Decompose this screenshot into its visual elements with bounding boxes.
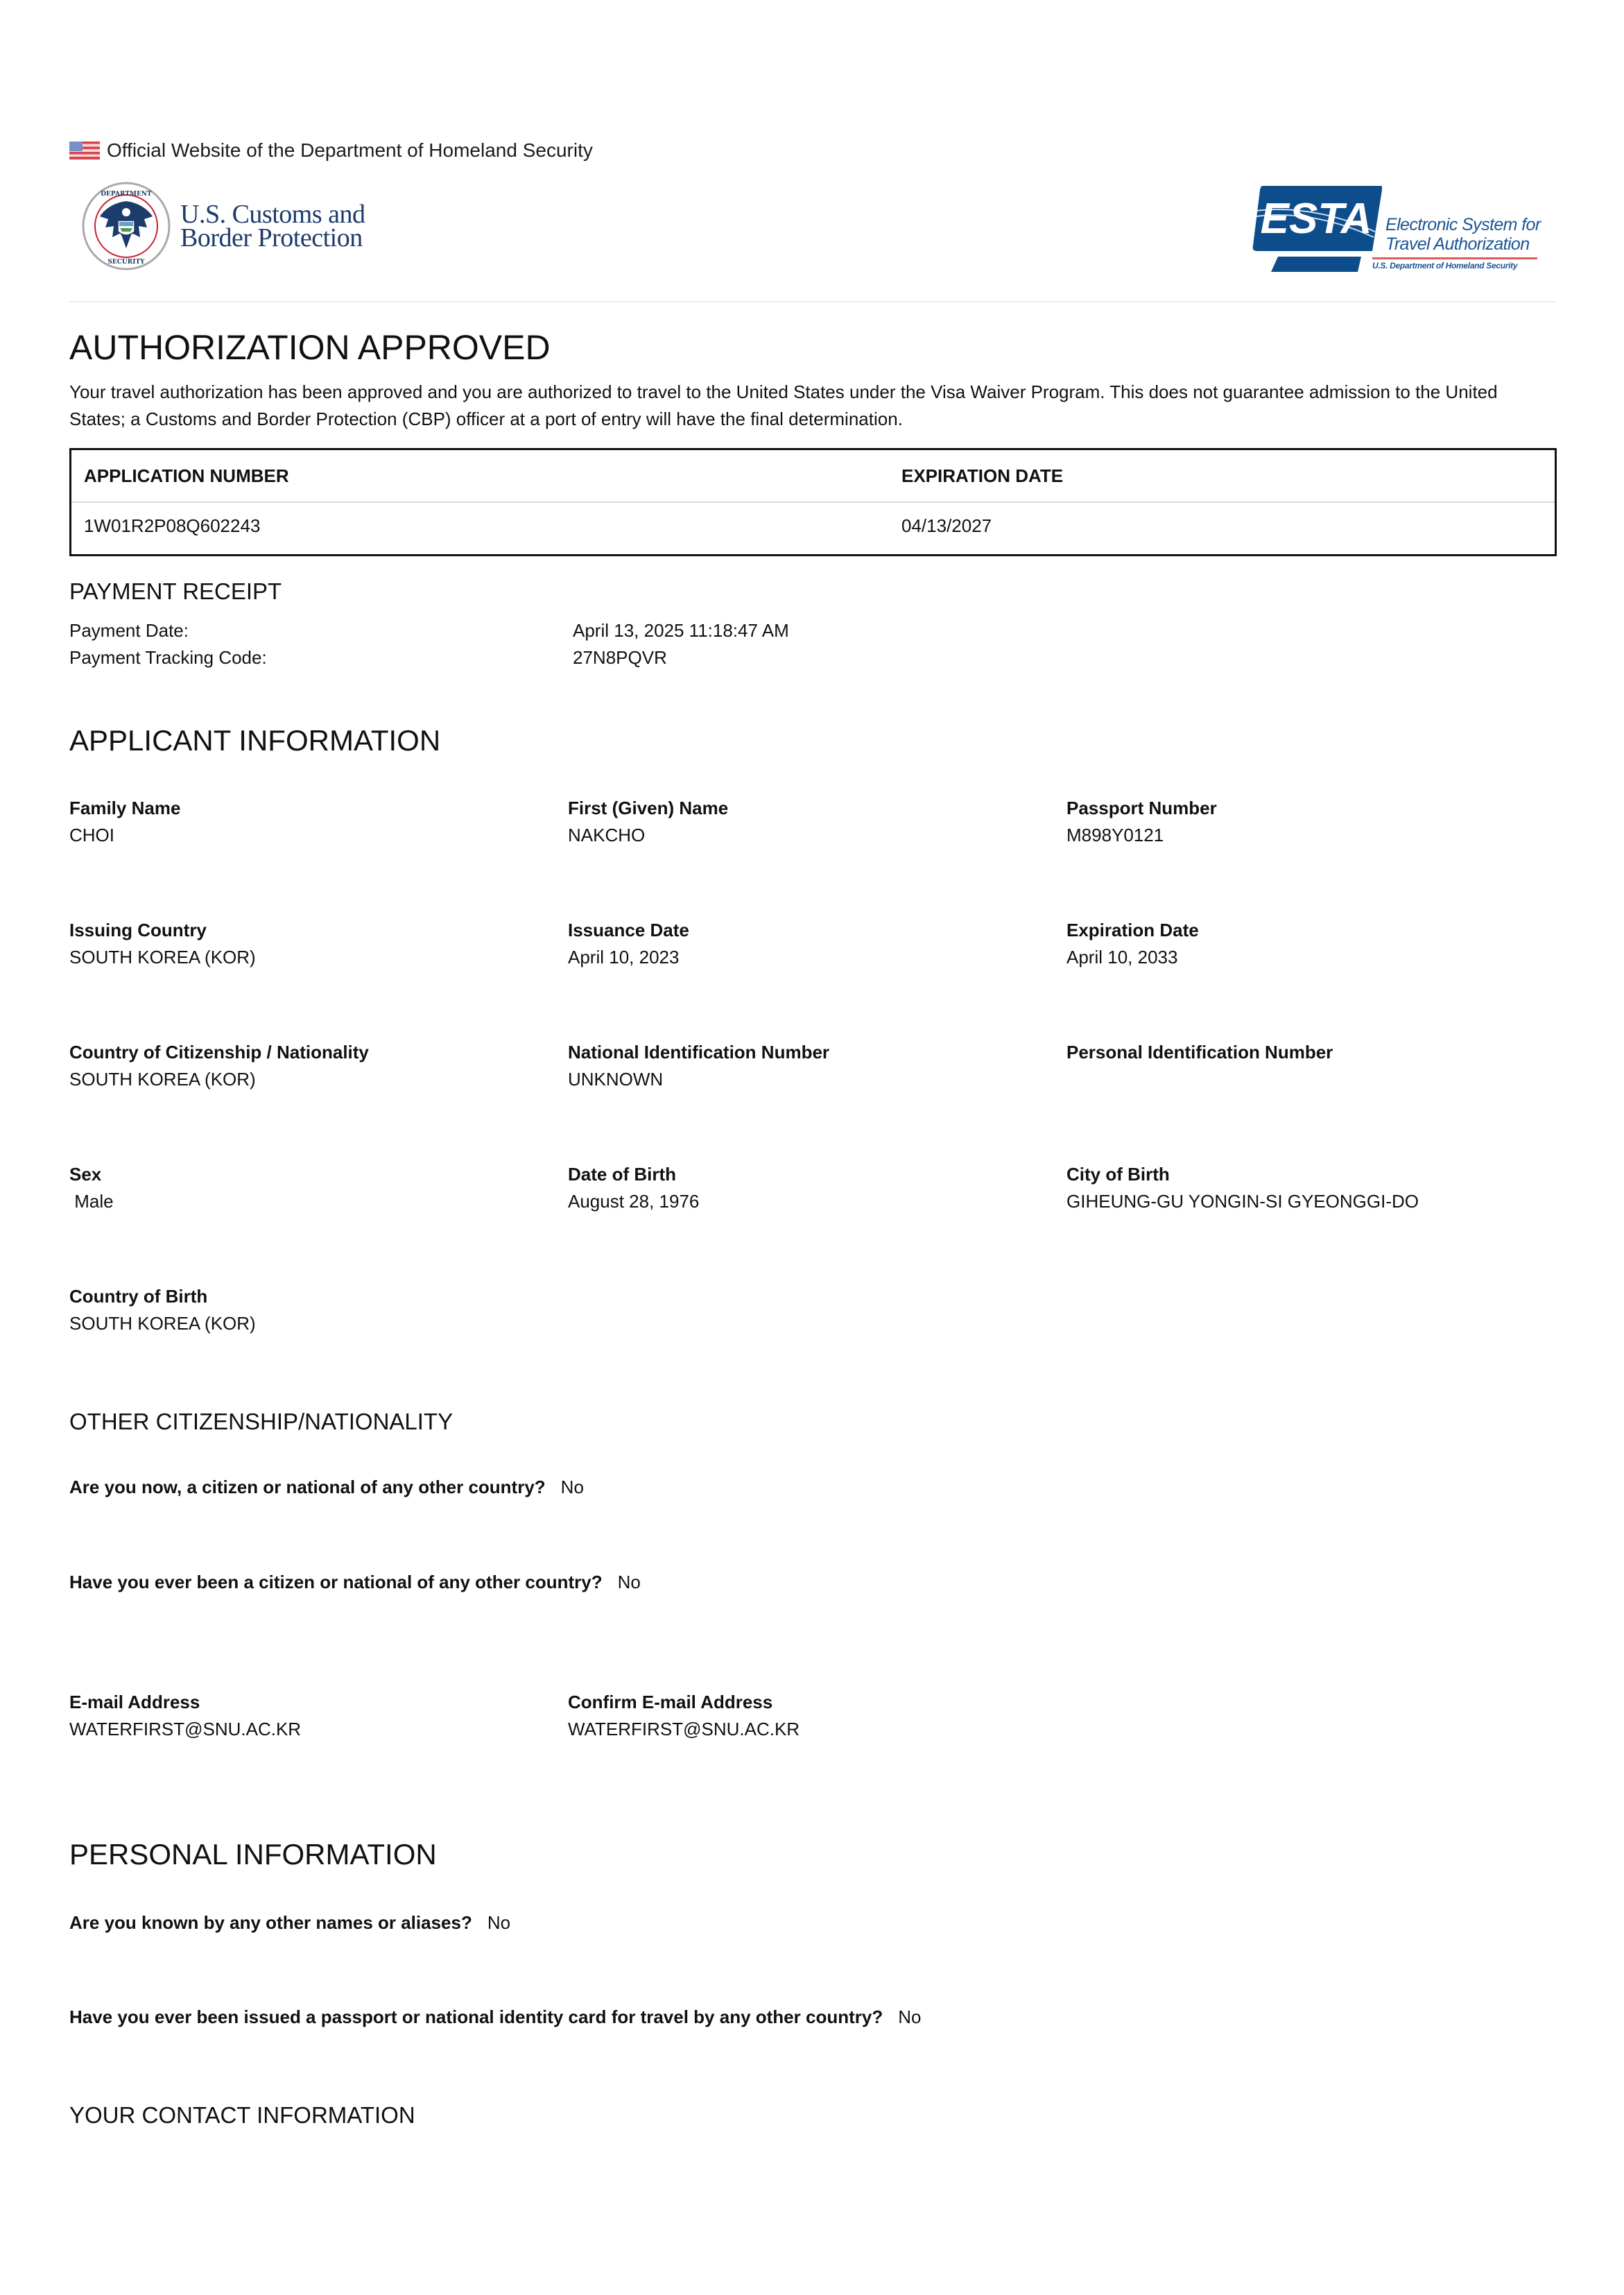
answer-value: No <box>618 1572 641 1592</box>
sex-value: Male <box>69 1191 114 1212</box>
current-other-citizenship-question: Are you now, a citizen or national of an… <box>69 1477 584 1498</box>
us-flag-icon <box>69 141 100 160</box>
country-of-birth-value: SOUTH KOREA (KOR) <box>69 1313 256 1334</box>
svg-text:DEPARTMENT: DEPARTMENT <box>101 191 152 198</box>
personal-information-heading: PERSONAL INFORMATION <box>69 1838 437 1871</box>
answer-value: No <box>561 1477 584 1497</box>
family-name-value: CHOI <box>69 825 114 846</box>
national-id-label: National Identification Number <box>568 1042 829 1063</box>
payment-tracking-label: Payment Tracking Code: <box>69 647 267 669</box>
email-value: WATERFIRST@SNU.AC.KR <box>69 1719 301 1740</box>
answer-value: No <box>898 2006 921 2027</box>
approval-message: Your travel authorization has been appro… <box>69 379 1557 433</box>
question-text: Are you known by any other names or alia… <box>69 1912 472 1933</box>
esta-divider <box>1372 257 1537 259</box>
citizenship-label: Country of Citizenship / Nationality <box>69 1042 369 1063</box>
aliases-question: Are you known by any other names or alia… <box>69 1912 510 1934</box>
national-id-value: UNKNOWN <box>568 1069 663 1090</box>
confirm-email-label: Confirm E-mail Address <box>568 1692 772 1713</box>
sex-label: Sex <box>69 1164 101 1185</box>
passport-number-label: Passport Number <box>1066 798 1217 819</box>
issuance-date-value: April 10, 2023 <box>568 947 679 968</box>
answer-value: No <box>487 1912 510 1933</box>
payment-receipt-heading: PAYMENT RECEIPT <box>69 578 282 605</box>
payment-date-label: Payment Date: <box>69 620 189 642</box>
passport-expiration-label: Expiration Date <box>1066 920 1199 941</box>
question-text: Are you now, a citizen or national of an… <box>69 1477 546 1497</box>
country-of-birth-label: Country of Birth <box>69 1286 207 1307</box>
dhs-seal-icon: DEPARTMENT SECURITY <box>82 182 171 270</box>
question-text: Have you ever been a citizen or national… <box>69 1572 603 1592</box>
city-of-birth-value: GIHEUNG-GU YONGIN-SI GYEONGGI-DO <box>1066 1191 1419 1212</box>
expiration-date-header: EXPIRATION DATE <box>901 465 1063 487</box>
question-text: Have you ever been issued a passport or … <box>69 2006 883 2027</box>
esta-line1: Electronic System for <box>1385 215 1541 234</box>
application-number-value: 1W01R2P08Q602243 <box>84 515 260 537</box>
cbp-logo[interactable]: DEPARTMENT SECURITY U.S. Customs and Bor… <box>82 182 365 270</box>
expiration-date-value: 04/13/2027 <box>901 515 992 537</box>
application-number-header: APPLICATION NUMBER <box>84 465 289 487</box>
payment-tracking-value: 27N8PQVR <box>573 647 667 669</box>
city-of-birth-label: City of Birth <box>1066 1164 1170 1185</box>
svg-text:ESTA: ESTA <box>1261 195 1372 243</box>
cbp-name: U.S. Customs and Border Protection <box>180 203 365 250</box>
date-of-birth-value: August 28, 1976 <box>568 1191 699 1212</box>
contact-information-heading: YOUR CONTACT INFORMATION <box>69 2102 415 2129</box>
date-of-birth-label: Date of Birth <box>568 1164 676 1185</box>
esta-line2: Travel Authorization <box>1385 234 1541 254</box>
cbp-name-line1: U.S. Customs and <box>180 203 365 226</box>
personal-id-label: Personal Identification Number <box>1066 1042 1333 1063</box>
confirm-email-value: WATERFIRST@SNU.AC.KR <box>568 1719 800 1740</box>
passport-number-value: M898Y0121 <box>1066 825 1164 846</box>
given-name-value: NAKCHO <box>568 825 645 846</box>
esta-mark-icon: ESTA <box>1250 183 1382 279</box>
table-row-divider <box>71 501 1555 503</box>
authorization-table: APPLICATION NUMBER EXPIRATION DATE 1W01R… <box>69 448 1557 556</box>
other-passport-question: Have you ever been issued a passport or … <box>69 2006 921 2028</box>
email-label: E-mail Address <box>69 1692 200 1713</box>
issuance-date-label: Issuance Date <box>568 920 689 941</box>
esta-dept: U.S. Department of Homeland Security <box>1372 261 1517 270</box>
family-name-label: Family Name <box>69 798 180 819</box>
header-divider <box>69 301 1557 302</box>
given-name-label: First (Given) Name <box>568 798 728 819</box>
esta-full-name: Electronic System for Travel Authorizati… <box>1385 215 1541 254</box>
citizenship-value: SOUTH KOREA (KOR) <box>69 1069 256 1090</box>
passport-expiration-value: April 10, 2033 <box>1066 947 1177 968</box>
issuing-country-label: Issuing Country <box>69 920 207 941</box>
gov-banner: Official Website of the Department of Ho… <box>69 139 593 162</box>
svg-text:SECURITY: SECURITY <box>107 259 145 266</box>
gov-banner-text: Official Website of the Department of Ho… <box>107 139 593 162</box>
past-other-citizenship-question: Have you ever been a citizen or national… <box>69 1572 641 1593</box>
issuing-country-value: SOUTH KOREA (KOR) <box>69 947 256 968</box>
other-citizenship-heading: OTHER CITIZENSHIP/NATIONALITY <box>69 1409 453 1435</box>
payment-date-value: April 13, 2025 11:18:47 AM <box>573 620 789 642</box>
applicant-information-heading: APPLICANT INFORMATION <box>69 724 440 757</box>
page-title: AUTHORIZATION APPROVED <box>69 327 551 368</box>
esta-logo[interactable]: ESTA Electronic System for Travel Author… <box>1250 183 1548 279</box>
cbp-name-line2: Border Protection <box>180 226 365 250</box>
